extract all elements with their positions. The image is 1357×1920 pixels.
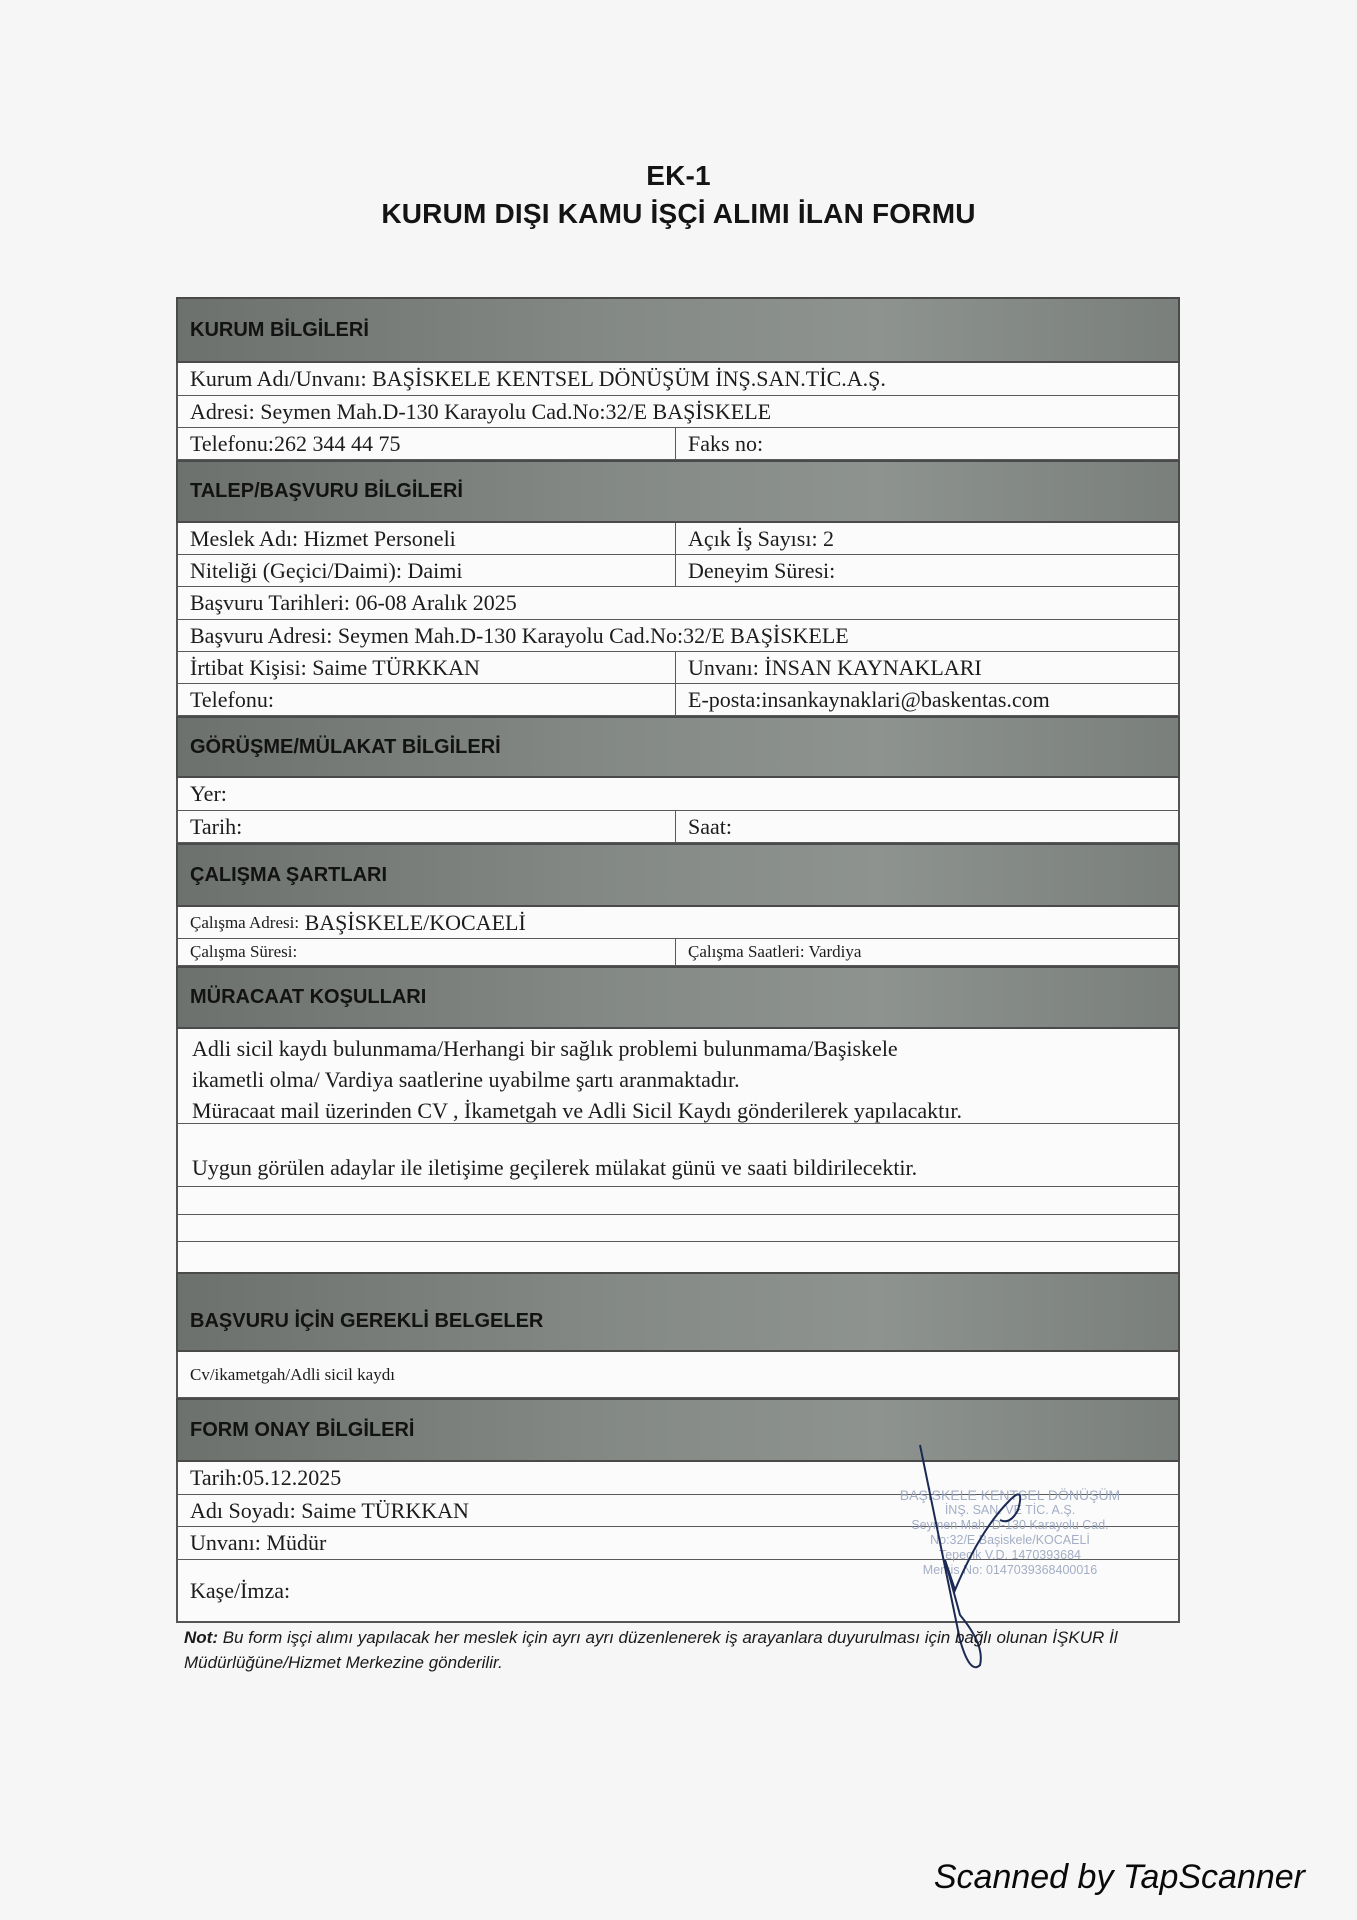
- field-nature: Niteliği (Geçici/Daimi): Daimi: [178, 555, 676, 586]
- field-openings: Açık İş Sayısı: 2: [676, 523, 1178, 554]
- field-application-address: Başvuru Adresi: Seymen Mah.D-130 Karayol…: [178, 620, 1178, 651]
- note-text: Bu form işçi alımı yapılacak her meslek …: [184, 1628, 1117, 1672]
- field-contact-email: E-posta:insankaynaklari@baskentas.com: [676, 684, 1178, 715]
- section-header-talep: TALEP/BAŞVURU BİLGİLERİ: [176, 460, 1180, 523]
- field-contact-person: İrtibat Kişisi: Saime TÜRKKAN: [178, 652, 676, 683]
- row-talep-dates: Başvuru Tarihleri: 06-08 Aralık 2025: [176, 587, 1180, 620]
- scanner-watermark: Scanned by TapScanner: [934, 1858, 1305, 1897]
- field-contact-title: Unvanı: İNSAN KAYNAKLARI: [676, 652, 1178, 683]
- field-institution-phone: Telefonu:262 344 44 75: [178, 428, 676, 459]
- row-talep-phone-email: Telefonu: E-posta:insankaynaklari@basken…: [176, 684, 1180, 716]
- section-header-kurum: KURUM BİLGİLERİ: [176, 297, 1180, 363]
- document-title: KURUM DIŞI KAMU İŞÇİ ALIMI İLAN FORMU: [0, 198, 1357, 230]
- document-code: EK-1: [0, 160, 1357, 192]
- field-interview-time: Saat:: [676, 811, 1178, 842]
- field-application-dates: Başvuru Tarihleri: 06-08 Aralık 2025: [178, 587, 1178, 619]
- section-header-muracaat: MÜRACAAT KOŞULLARI: [176, 966, 1180, 1029]
- row-talep-profession: Meslek Adı: Hizmet Personeli Açık İş Say…: [176, 523, 1180, 555]
- conditions-line-1: Adli sicil kaydı bulunmama/Herhangi bir …: [192, 1033, 962, 1064]
- field-profession: Meslek Adı: Hizmet Personeli: [178, 523, 676, 554]
- field-required-documents: Cv/ikametgah/Adli sicil kaydı: [178, 1352, 1178, 1397]
- row-kurum-address: Adresi: Seymen Mah.D-130 Karayolu Cad.No…: [176, 396, 1180, 428]
- conditions-line-3: Müracaat mail üzerinden CV , İkametgah v…: [192, 1095, 962, 1126]
- row-belgeler-list: Cv/ikametgah/Adli sicil kaydı: [176, 1352, 1180, 1398]
- row-muracaat-conditions: Adli sicil kaydı bulunmama/Herhangi bir …: [176, 1029, 1180, 1124]
- row-calisma-address: Çalışma Adresi: BAŞİSKELE/KOCAELİ: [176, 907, 1180, 939]
- field-experience: Deneyim Süresi:: [676, 555, 1178, 586]
- section-header-calisma: ÇALIŞMA ŞARTLARI: [176, 843, 1180, 907]
- section-header-belgeler: BAŞVURU İÇİN GEREKLİ BELGELER: [176, 1272, 1180, 1352]
- row-gorusme-datetime: Tarih: Saat:: [176, 811, 1180, 843]
- work-address-value: BAŞİSKELE/KOCAELİ: [305, 910, 526, 936]
- section-header-gorusme: GÖRÜŞME/MÜLAKAT BİLGİLERİ: [176, 716, 1180, 778]
- row-muracaat-blank-1: [176, 1187, 1180, 1215]
- row-muracaat-blank-2: [176, 1215, 1180, 1242]
- field-work-hours: Çalışma Saatleri: Vardiya: [676, 939, 1178, 965]
- form-note: Not: Bu form işçi alımı yapılacak her me…: [184, 1625, 1194, 1675]
- field-institution-address: Adresi: Seymen Mah.D-130 Karayolu Cad.No…: [178, 396, 1178, 427]
- field-institution-name: Kurum Adı/Unvanı: BAŞİSKELE KENTSEL DÖNÜ…: [178, 363, 1178, 395]
- field-work-duration: Çalışma Süresi:: [178, 939, 676, 965]
- row-calisma-duration: Çalışma Süresi: Çalışma Saatleri: Vardiy…: [176, 939, 1180, 966]
- field-institution-fax: Faks no:: [676, 428, 1178, 459]
- conditions-line-2: ikametli olma/ Vardiya saatlerine uyabil…: [192, 1064, 962, 1095]
- note-label: Not:: [184, 1628, 218, 1647]
- row-kurum-contact: Telefonu:262 344 44 75 Faks no:: [176, 428, 1180, 460]
- conditions-line-4: Uygun görülen adaylar ile iletişime geçi…: [192, 1152, 917, 1183]
- field-interview-place: Yer:: [178, 778, 1178, 810]
- row-talep-contact: İrtibat Kişisi: Saime TÜRKKAN Unvanı: İN…: [176, 652, 1180, 684]
- row-talep-address: Başvuru Adresi: Seymen Mah.D-130 Karayol…: [176, 620, 1180, 652]
- row-muracaat-blank-3: [176, 1242, 1180, 1272]
- field-work-address: Çalışma Adresi: BAŞİSKELE/KOCAELİ: [178, 907, 1178, 938]
- row-gorusme-place: Yer:: [176, 778, 1180, 811]
- conditions-text: Adli sicil kaydı bulunmama/Herhangi bir …: [192, 1033, 962, 1126]
- row-talep-nature: Niteliği (Geçici/Daimi): Daimi Deneyim S…: [176, 555, 1180, 587]
- work-address-label: Çalışma Adresi:: [190, 913, 299, 933]
- row-kurum-name: Kurum Adı/Unvanı: BAŞİSKELE KENTSEL DÖNÜ…: [176, 363, 1180, 396]
- row-muracaat-notice: Uygun görülen adaylar ile iletişime geçi…: [176, 1124, 1180, 1187]
- field-interview-date: Tarih:: [178, 811, 676, 842]
- field-contact-phone: Telefonu:: [178, 684, 676, 715]
